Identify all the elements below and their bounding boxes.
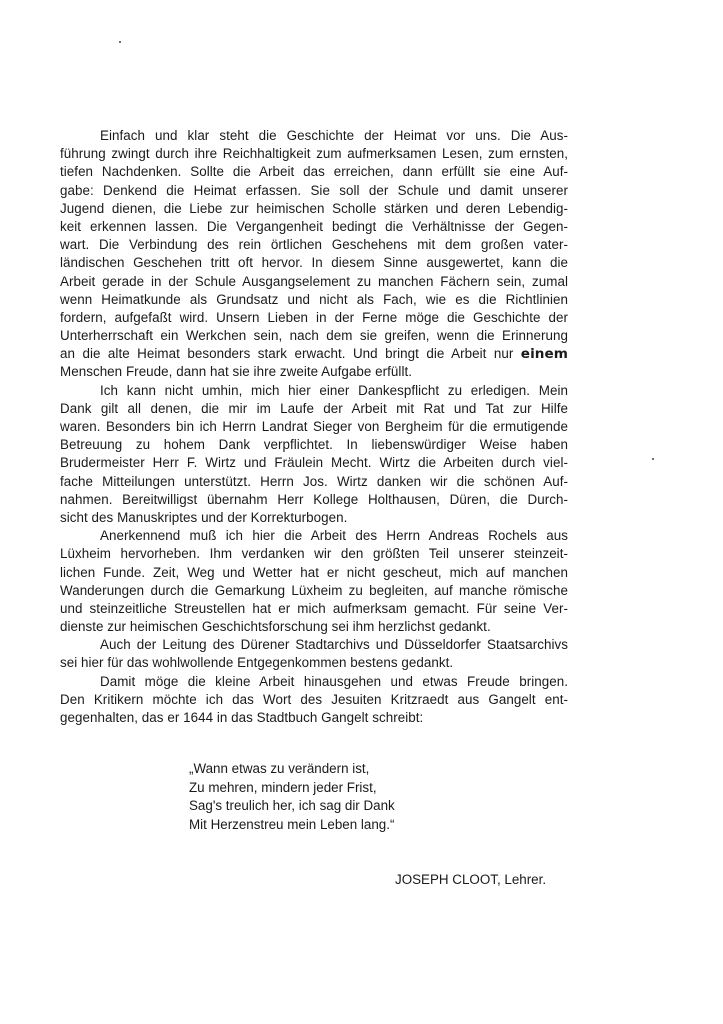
text-line: fache Mitteilungen unterstützt. Herrn Jo… xyxy=(60,473,568,491)
poem-line: Sag's treulich her, ich sag dir Dank xyxy=(189,797,395,816)
text-line: Auch der Leitung des Dürener Stadtarchiv… xyxy=(60,636,568,654)
text-line: fordern, aufgefaßt wird. Unsern Lieben i… xyxy=(60,309,568,327)
text-line: wart. Die Verbindung des rein örtlichen … xyxy=(60,236,568,254)
scan-speck xyxy=(652,458,654,460)
text-line: tiefen Nachdenken. Sollte die Arbeit das… xyxy=(60,163,568,181)
text-line: wenn Heimatkunde als Grundsatz und nicht… xyxy=(60,291,568,309)
text-line: Den Kritikern möchte ich das Wort des Je… xyxy=(60,691,568,709)
text-line: sicht des Manuskriptes und der Korrektur… xyxy=(60,509,568,527)
poem-line: Zu mehren, mindern jeder Frist, xyxy=(189,779,395,798)
text-line: gabe: Denkend die Heimat erfassen. Sie s… xyxy=(60,182,568,200)
paragraph: Damit möge die kleine Arbeit hinausgehen… xyxy=(60,673,568,728)
text-line: waren. Besonders bin ich Herrn Landrat S… xyxy=(60,418,568,436)
text-line: Lüxheim hervorheben. Ihm verdanken wir d… xyxy=(60,545,568,563)
paragraph: Anerkennend muß ich hier die Arbeit des … xyxy=(60,527,568,636)
text-line: Wanderungen durch die Gemarkung Lüxheim … xyxy=(60,582,568,600)
scan-speck xyxy=(119,41,121,43)
poem-line: Mit Herzenstreu mein Leben lang.“ xyxy=(189,816,395,835)
text-line: Jugend dienen, die Liebe zur heimischen … xyxy=(60,200,568,218)
text-line: führung zwingt durch ihre Reichhaltigkei… xyxy=(60,145,568,163)
paragraph: Ich kann nicht umhin, mich hier einer Da… xyxy=(60,382,568,528)
text-line: keit erkennen lassen. Die Vergangenheit … xyxy=(60,218,568,236)
text-line: und steinzeitliche Streustellen hat er m… xyxy=(60,600,568,618)
text-line: lichen Funde. Zeit, Weg und Wetter hat e… xyxy=(60,564,568,582)
text-line: Unterherrschaft ein Werkchen sein, nach … xyxy=(60,327,568,345)
text-line: dienste zur heimischen Geschichtsforschu… xyxy=(60,618,568,636)
text-line: Ich kann nicht umhin, mich hier einer Da… xyxy=(60,382,568,400)
emphasized-word: einem xyxy=(521,346,568,362)
body-text: Einfach und klar steht die Geschichte de… xyxy=(60,127,568,727)
text-line: Betreuung zu hohem Dank verpflichtet. In… xyxy=(60,436,568,454)
text-line: Einfach und klar steht die Geschichte de… xyxy=(60,127,568,145)
poem-line: „Wann etwas zu verändern ist, xyxy=(189,760,395,779)
text-line: Arbeit gerade in der Schule Ausgangselem… xyxy=(60,273,568,291)
text-line: an die alte Heimat besonders stark erwac… xyxy=(60,345,568,363)
text-line: Damit möge die kleine Arbeit hinausgehen… xyxy=(60,673,568,691)
text-line: Anerkennend muß ich hier die Arbeit des … xyxy=(60,527,568,545)
text-line: sei hier für das wohlwollende Entgegenko… xyxy=(60,654,568,672)
document-page: Einfach und klar steht die Geschichte de… xyxy=(0,0,723,1024)
text-line: gegenhalten, das er 1644 in das Stadtbuc… xyxy=(60,709,568,727)
text-line: Menschen Freude, dann hat sie ihre zweit… xyxy=(60,363,568,381)
paragraph: Auch der Leitung des Dürener Stadtarchiv… xyxy=(60,636,568,672)
poem-quote: „Wann etwas zu verändern ist, Zu mehren,… xyxy=(189,760,395,834)
paragraph: Einfach und klar steht die Geschichte de… xyxy=(60,127,568,382)
text-line: Dank gilt all denen, die mir im Laufe de… xyxy=(60,400,568,418)
author-signature: JOSEPH CLOOT, Lehrer. xyxy=(395,872,546,887)
text-line: Brudermeister Herr F. Wirtz und Fräulein… xyxy=(60,454,568,472)
text-line: ländischen Geschehen tritt oft hervor. I… xyxy=(60,254,568,272)
text-line: nahmen. Bereitwilligst übernahm Herr Kol… xyxy=(60,491,568,509)
